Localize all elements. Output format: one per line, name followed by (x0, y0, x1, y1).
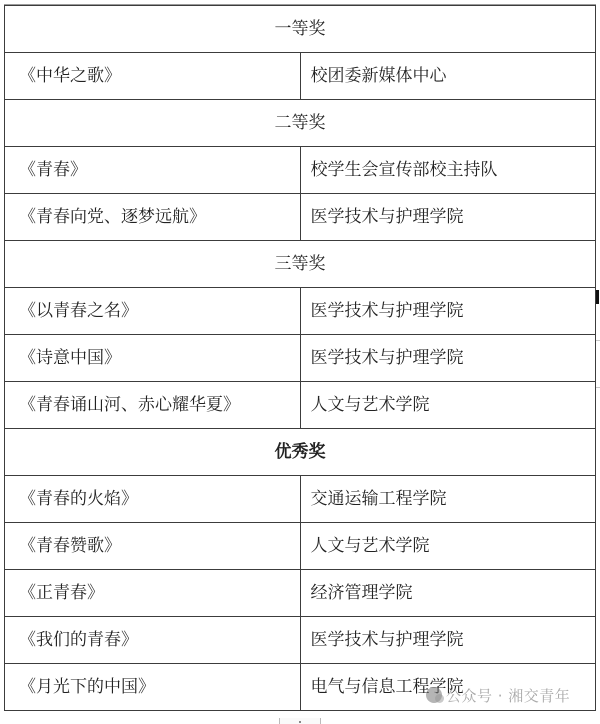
work-title: 《青春赞歌》 (5, 523, 301, 570)
table-row: 《以青春之名》 医学技术与护理学院 (5, 288, 596, 335)
work-unit: 医学技术与护理学院 (300, 335, 596, 382)
work-title: 《月光下的中国》 (5, 664, 301, 711)
work-unit: 医学技术与护理学院 (300, 617, 596, 664)
category-row-excellence-prize: 优秀奖 (5, 429, 596, 476)
work-title: 《青春的火焰》 (5, 476, 301, 523)
work-unit: 校学生会宣传部校主持队 (300, 147, 596, 194)
work-title: 《青春诵山河、赤心耀华夏》 (5, 382, 301, 429)
work-unit: 经济管理学院 (300, 570, 596, 617)
work-title: 《青春向党、逐梦远航》 (5, 194, 301, 241)
text-cursor-mark (596, 290, 599, 304)
category-row-first-prize: 一等奖 (5, 6, 596, 53)
category-row-second-prize: 二等奖 (5, 100, 596, 147)
wechat-icon (426, 687, 442, 703)
work-unit: 校团委新媒体中心 (300, 53, 596, 100)
work-title: 《我们的青春》 (5, 617, 301, 664)
table-row: 《正青春》 经济管理学院 (5, 570, 596, 617)
work-unit: 人文与艺术学院 (300, 382, 596, 429)
category-label: 优秀奖 (5, 429, 596, 476)
watermark: 公众号 · 湘交青年 (426, 684, 570, 706)
table-row: 《青春赞歌》 人文与艺术学院 (5, 523, 596, 570)
edge-tick (596, 340, 600, 341)
work-title: 《中华之歌》 (5, 53, 301, 100)
table-row: 《青春》 校学生会宣传部校主持队 (5, 147, 596, 194)
work-unit: 人文与艺术学院 (300, 523, 596, 570)
work-unit: 医学技术与护理学院 (300, 288, 596, 335)
work-unit: 交通运输工程学院 (300, 476, 596, 523)
work-title: 《诗意中国》 (5, 335, 301, 382)
category-label: 二等奖 (5, 100, 596, 147)
table-row: 《青春的火焰》 交通运输工程学院 (5, 476, 596, 523)
work-title: 《正青春》 (5, 570, 301, 617)
table-row: 《青春诵山河、赤心耀华夏》 人文与艺术学院 (5, 382, 596, 429)
category-label: 一等奖 (5, 6, 596, 53)
watermark-text: 公众号 · 湘交青年 (446, 685, 570, 706)
table-row: 《我们的青春》 医学技术与护理学院 (5, 617, 596, 664)
work-title: 《青春》 (5, 147, 301, 194)
table-row: 《青春向党、逐梦远航》 医学技术与护理学院 (5, 194, 596, 241)
awards-table: 一等奖 《中华之歌》 校团委新媒体中心 二等奖 《青春》 校学生会宣传部校主持队… (4, 5, 596, 711)
handle-dot (299, 721, 301, 723)
table-row: 《诗意中国》 医学技术与护理学院 (5, 335, 596, 382)
work-unit: 医学技术与护理学院 (300, 194, 596, 241)
page-bottom-handle (279, 718, 321, 724)
table-row: 《中华之歌》 校团委新媒体中心 (5, 53, 596, 100)
edge-tick (596, 387, 600, 388)
work-title: 《以青春之名》 (5, 288, 301, 335)
category-row-third-prize: 三等奖 (5, 241, 596, 288)
category-label: 三等奖 (5, 241, 596, 288)
